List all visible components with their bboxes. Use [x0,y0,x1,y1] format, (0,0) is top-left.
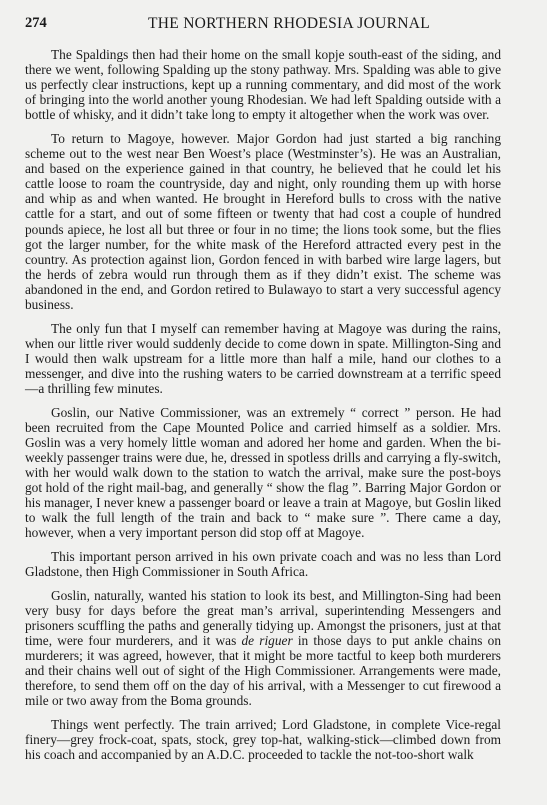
paragraph: Things went perfectly. The train arrived… [25,717,501,762]
running-header: 274 THE NORTHERN RHODESIA JOURNAL [25,15,525,35]
paragraph: The Spaldings then had their home on the… [25,47,501,122]
paragraph: Goslin, our Native Commissioner, was an … [25,405,501,541]
article-body: The Spaldings then had their home on the… [25,47,501,771]
paragraph: Goslin, naturally, wanted his station to… [25,588,501,709]
scanned-page: 274 THE NORTHERN RHODESIA JOURNAL The Sp… [0,0,547,805]
paragraph: To return to Magoye, however. Major Gord… [25,131,501,312]
paragraph: The only fun that I myself can remember … [25,321,501,396]
italic-phrase: de riguer [241,633,292,648]
journal-title: THE NORTHERN RHODESIA JOURNAL [25,15,525,33]
paragraph: This important person arrived in his own… [25,549,501,579]
